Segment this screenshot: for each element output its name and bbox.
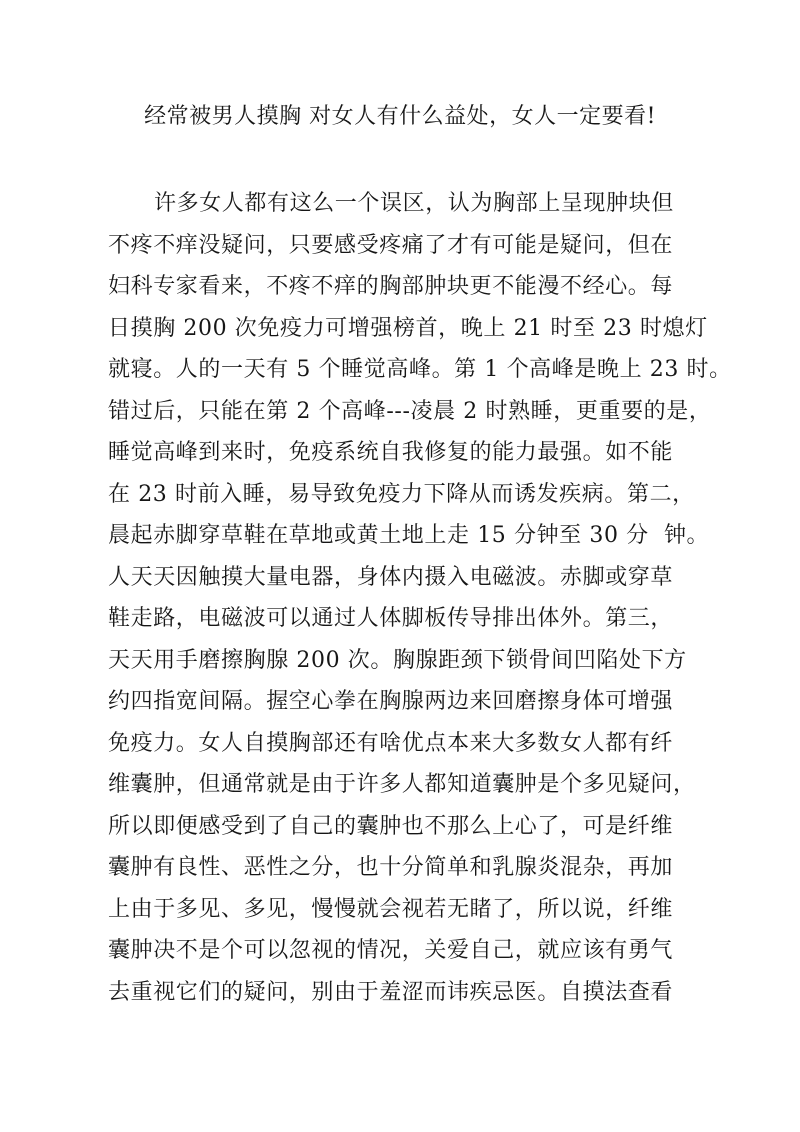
body-line: 日摸胸 200 次免疫力可增强榜首，晚上 21 时至 23 时熄灯 (108, 308, 718, 350)
body-line: 不疼不痒没疑问，只要感受疼痛了才有可能是疑问，但在 (108, 225, 718, 267)
body-line: 错过后，只能在第 2 个高峰---凌晨 2 时熟睡，更重要的是， (108, 391, 718, 433)
body-line: 所以即便感受到了自己的囊肿也不那么上心了，可是纤维 (108, 806, 718, 848)
body-line: 囊肿决不是个可以忽视的情况，关爱自己，就应该有勇气 (108, 930, 718, 972)
body-line: 维囊肿，但通常就是由于许多人都知道囊肿是个多见疑问， (108, 764, 718, 806)
body-line: 天天用手磨擦胸腺 200 次。胸腺距颈下锁骨间凹陷处下方 (108, 640, 718, 682)
body-line: 就寝。人的一天有 5 个睡觉高峰。第 1 个高峰是晚上 23 时。 (108, 349, 718, 391)
body-line: 鞋走路，电磁波可以通过人体脚板传导排出体外。第三， (108, 598, 718, 640)
body-line: 约四指宽间隔。握空心拳在胸腺两边来回磨擦身体可增强 (108, 681, 718, 723)
body-line: 睡觉高峰到来时，免疫系统自我修复的能力最强。如不能 (108, 432, 718, 474)
body-line: 晨起赤脚穿草鞋在草地或黄土地上走 15 分钟至 30 分 钟。 (108, 515, 718, 557)
body-paragraph: 许多女人都有这么一个误区，认为胸部上呈现肿块但不疼不痒没疑问，只要感受疼痛了才有… (108, 183, 718, 1013)
body-line: 在 23 时前入睡，易导致免疫力下降从而诱发疾病。第二， (108, 474, 718, 516)
body-line: 去重视它们的疑问，别由于羞涩而讳疾忌医。自摸法查看 (108, 972, 718, 1014)
body-line: 免疫力。女人自摸胸部还有啥优点本来大多数女人都有纤 (108, 723, 718, 765)
body-line: 人天天因触摸大量电器，身体内摄入电磁波。赤脚或穿草 (108, 557, 718, 599)
body-line: 上由于多见、多见，慢慢就会视若无睹了，所以说，纤维 (108, 889, 718, 931)
body-line: 囊肿有良性、恶性之分，也十分简单和乳腺炎混杂，再加 (108, 847, 718, 889)
body-line: 许多女人都有这么一个误区，认为胸部上呈现肿块但 (108, 183, 718, 225)
document-page: 经常被男人摸胸 对女人有什么益处，女人一定要看! 许多女人都有这么一个误区，认为… (0, 0, 800, 1132)
body-line: 妇科专家看来，不疼不痒的胸部肿块更不能漫不经心。每 (108, 266, 718, 308)
page-title: 经常被男人摸胸 对女人有什么益处，女人一定要看! (0, 99, 800, 130)
